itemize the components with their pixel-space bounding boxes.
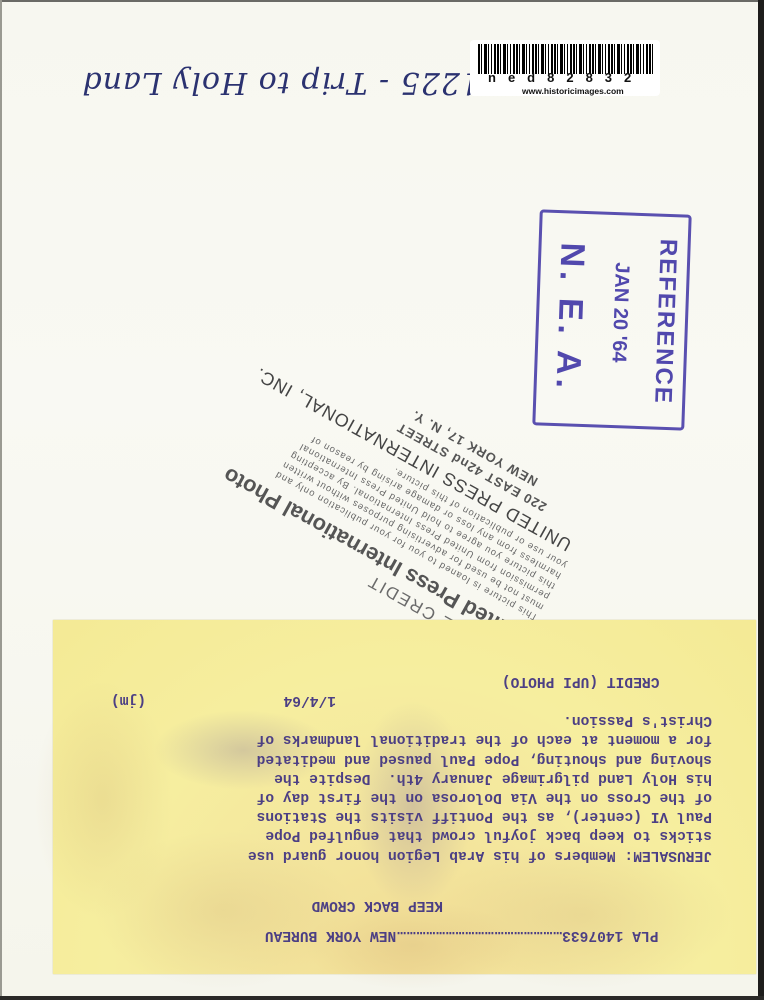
reference-stamp-org: N. E. A. [546, 227, 592, 408]
reference-stamp: REFERENCE JAN 20 '64 N. E. A. [532, 209, 691, 430]
caption-line: of the Cross on the Via Dolorosa on the … [257, 787, 712, 806]
scan-edge-top [0, 0, 764, 2]
barcode-website: www.historicimages.com [522, 86, 624, 96]
reference-stamp-word: REFERENCE [636, 226, 683, 417]
barcode-label: ned82832 www.historicimages.com [470, 40, 660, 96]
scan-edge-right [758, 0, 764, 1000]
caption-line: shoving and shouting, Pope Paul paused a… [257, 749, 712, 768]
caption-bureau: NEW YORK BUREAU [265, 927, 396, 943]
scan-edge-left [0, 0, 2, 1000]
scan-edge-bottom [0, 996, 764, 1000]
caption-credit: CREDIT (UPI PHOTO) [502, 673, 660, 689]
caption-line: Paul VI (center), as the Pontiff visits … [257, 806, 712, 825]
handwritten-note: 1225 - Trip to Holy Land [100, 52, 480, 112]
barcode-code: ned82832 [488, 70, 658, 85]
caption-line: for a moment at each of the traditional … [257, 729, 712, 748]
caption-line: JERUSALEM: Members of his Arab Legion ho… [248, 845, 712, 864]
caption-line: sticks to keep back joyful crowd that en… [265, 825, 712, 844]
caption-slip: PLA 1407633……………………………………………NEW YORK BUR… [53, 620, 756, 974]
caption-initials: (jm) [111, 690, 146, 709]
caption-line: Christ's Passion. [563, 710, 712, 729]
caption-reference-number: PLA 1407633 [562, 927, 658, 943]
caption-date: 1/4/64 [283, 690, 336, 709]
caption-headline: KEEP BACK CROWD [312, 895, 443, 914]
reference-stamp-date: JAN 20 '64 [599, 237, 634, 388]
caption-typewritten-text: PLA 1407633……………………………………………NEW YORK BUR… [53, 620, 756, 974]
caption-line: his Holy Land pilgrimage January 4th. De… [274, 768, 712, 787]
